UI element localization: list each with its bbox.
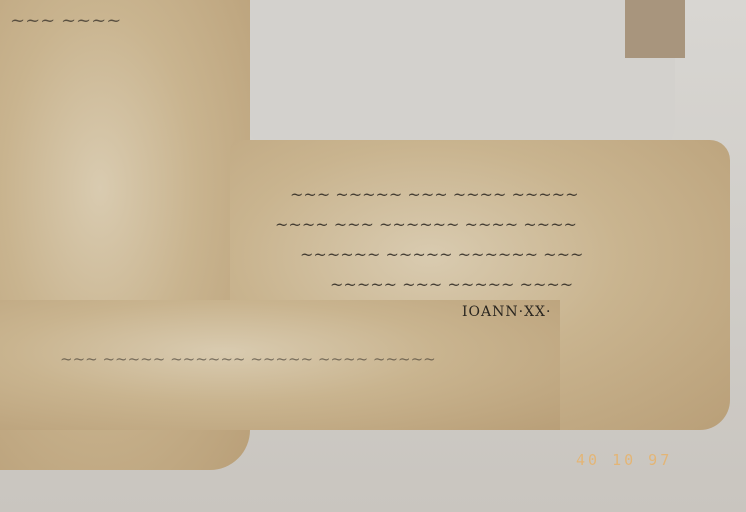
inscription-reference: IOANN·XX· xyxy=(462,304,551,320)
inscription-line: ~~~ ~~~~~ ~~~~~~ ~~~~~ ~~~~ ~~~~~ xyxy=(60,350,436,368)
stone-block xyxy=(625,0,685,58)
inscription-line: ~~~ ~~~~ xyxy=(10,10,121,31)
inscription-line: ~~~~~~ ~~~~~ ~~~~~~ ~~~ xyxy=(300,245,583,264)
inscription-line: ~~~~ ~~~ ~~~~~~ ~~~~ ~~~~ xyxy=(275,215,577,234)
photo: ~~~ ~~~~~ ~~~ ~~~~ ~~~~~ ~~~~ ~~~ ~~~~~~… xyxy=(0,0,746,512)
date-stamp: 40 10 97 xyxy=(576,451,672,469)
bare-wall xyxy=(235,0,675,155)
inscription-line: ~~~ ~~~~~ ~~~ ~~~~ ~~~~~ xyxy=(290,185,578,204)
inscription-line: ~~~~~ ~~~ ~~~~~ ~~~~ xyxy=(330,275,573,294)
